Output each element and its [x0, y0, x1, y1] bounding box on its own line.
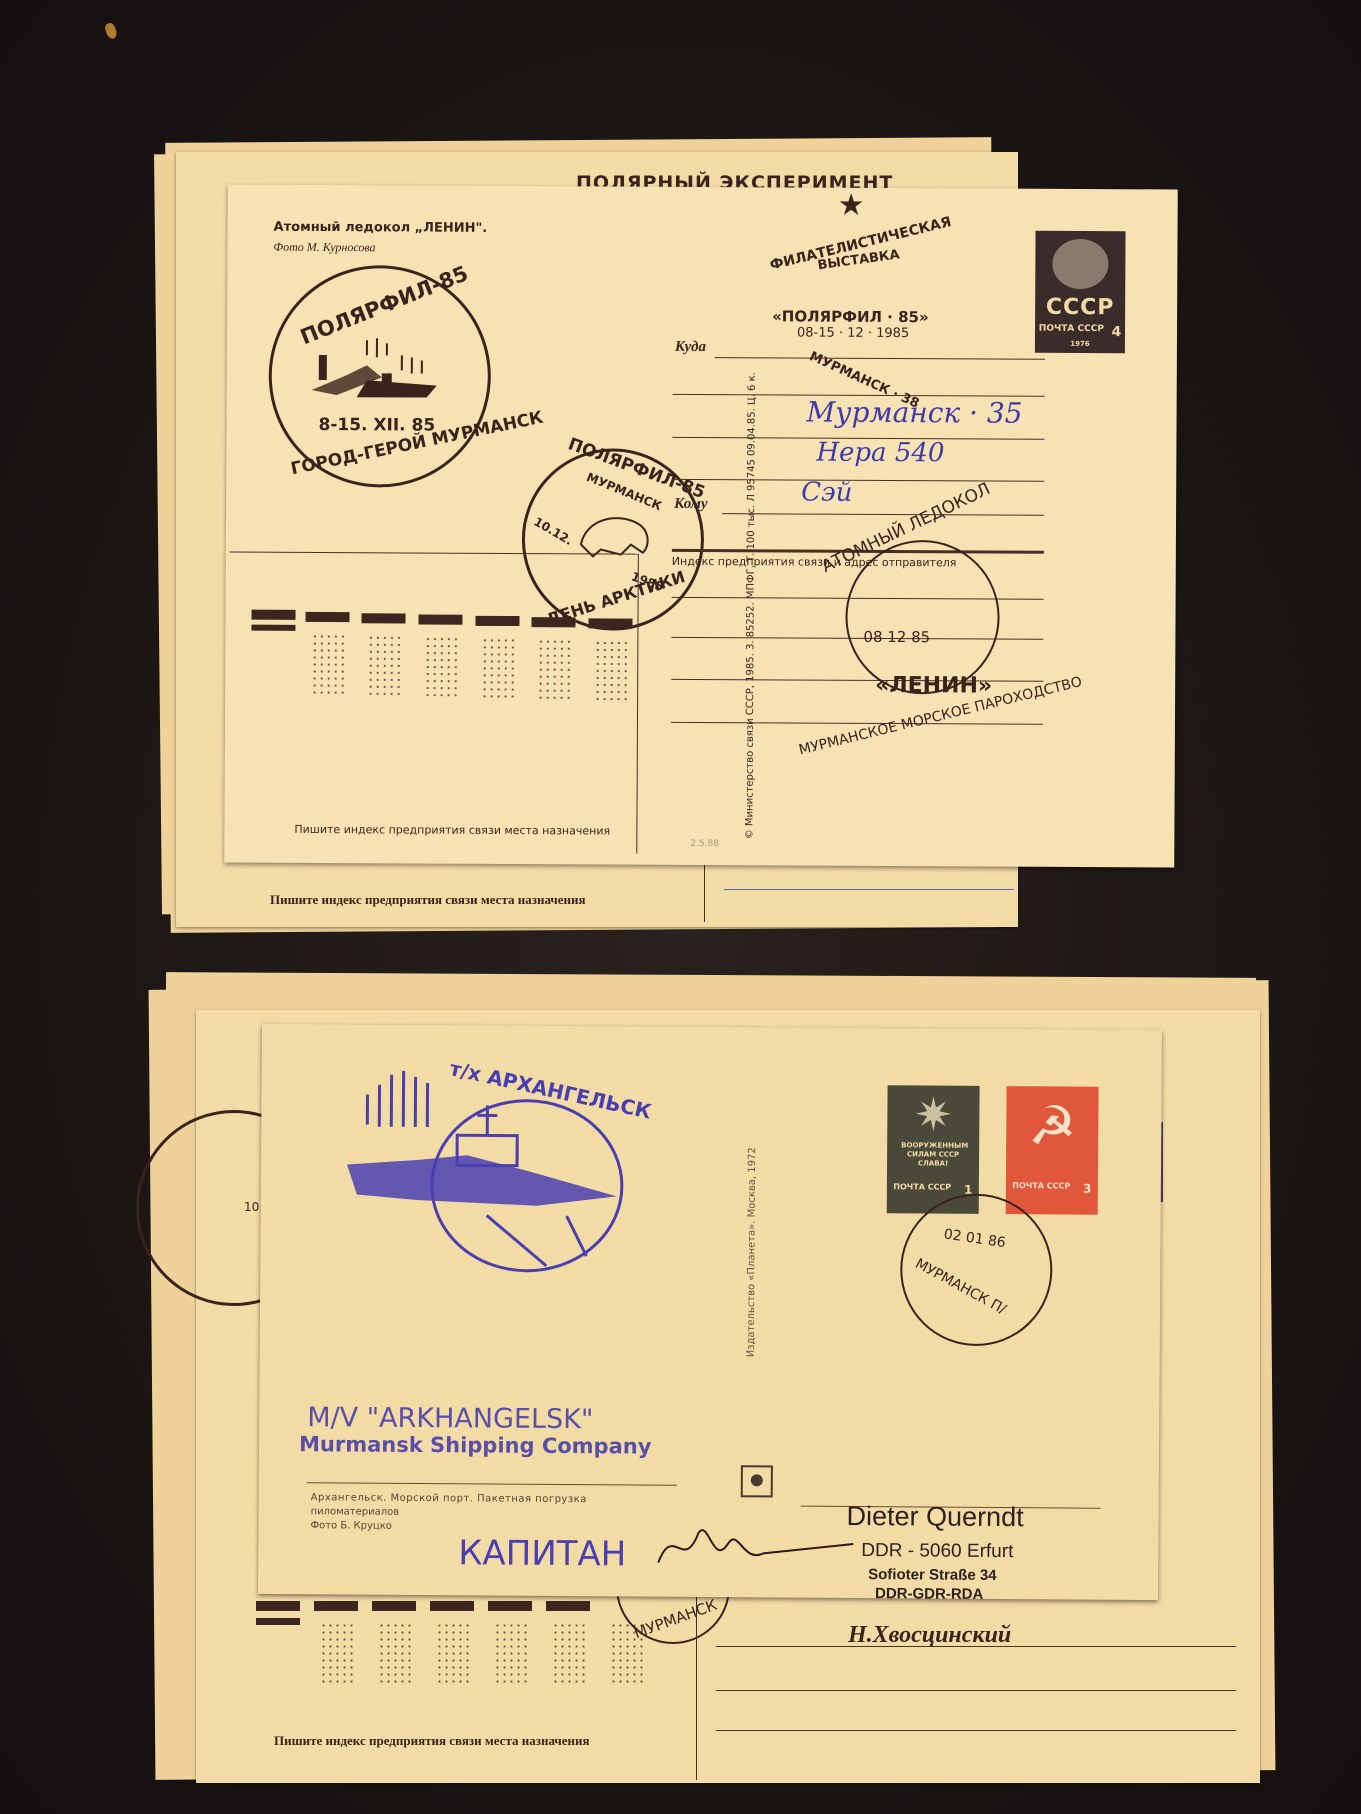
- exhibition-postmark-date: 08-15 · 12 · 1985: [797, 326, 909, 342]
- icebreaker-illustration-icon: [307, 335, 447, 416]
- hammer-sickle-icon: ☭: [1006, 1094, 1098, 1158]
- handwritten-address-line-2: Нера 540: [816, 438, 944, 469]
- recipient-city: DDR - 5060 Erfurt: [861, 1540, 1013, 1563]
- exhibition-postmark-line3: «ПОЛЯРФИЛ · 85»: [772, 307, 929, 326]
- lower-address-line-1: [716, 1646, 1236, 1647]
- address-line-5: [722, 513, 1044, 516]
- lower-back-divider: [696, 1590, 697, 1780]
- captain-stamp: КАПИТАН: [458, 1533, 626, 1574]
- to-where-label: Куда: [675, 339, 706, 356]
- ship-stamp-line1: M/V "ARKHANGELSK": [307, 1402, 593, 1435]
- handwritten-address-line-1: Мурманск · 35: [807, 396, 1023, 430]
- back-card-signature: Н.Хвосцинский: [848, 1622, 1011, 1649]
- card-caption-photo: Фото М. Курносова: [273, 240, 375, 256]
- lenin-ship-postmark: [845, 540, 1000, 695]
- address-rule: [724, 889, 1014, 890]
- caption-rule: [307, 1482, 677, 1486]
- caption-line2: пиломатериалов: [311, 1506, 400, 1518]
- imprinted-stamp-label: ПОЧТА СССР: [1039, 324, 1104, 340]
- recipient-country: DDR-GDR-RDA: [875, 1585, 983, 1603]
- worker-kolkhoz-stamp-label: ПОЧТА СССР: [1012, 1181, 1070, 1195]
- worker-kolkhoz-stamp: ☭ ПОЧТА СССР 3: [1006, 1086, 1099, 1215]
- lenin-ship-postmark-name: «ЛЕНИН»: [875, 673, 992, 699]
- card-center-divider: [636, 554, 639, 854]
- publisher-imprint: Издательство «Планета». Москва, 1972: [746, 1147, 758, 1357]
- debris-speck: [104, 22, 119, 40]
- caption-photo: Фото Б. Круцко: [310, 1520, 391, 1532]
- lower-front-card: т/х АРХАНГЕЛЬСК M/V "ARKHANGELSK" Murman…: [258, 1024, 1162, 1600]
- pencil-note: 2.5.88: [690, 839, 719, 849]
- order-star-icon: ✷: [887, 1087, 979, 1142]
- sender-line-4: [671, 722, 1043, 725]
- worker-kolkhoz-stamp-value: 3: [1083, 1182, 1091, 1196]
- recipient-street: Sofioter Straße 34: [868, 1566, 996, 1584]
- armed-forces-stamp-label: ПОЧТА СССР: [893, 1182, 951, 1196]
- imprinted-postage-stamp: СССР ПОЧТА СССР 4 1976: [1035, 231, 1126, 353]
- captain-signature-icon: [653, 1513, 853, 1584]
- upper-front-card: Атомный ледокол „ЛЕНИН". Фото М. Курносо…: [224, 185, 1178, 868]
- lower-back-footer: Пишите индекс предприятия связи места на…: [274, 1733, 590, 1749]
- planeta-logo-icon: [741, 1465, 773, 1497]
- caption-line1: Архангельск. Морской порт. Пакетная погр…: [311, 1492, 587, 1505]
- index-instruction: Пишите индекс предприятия связи места на…: [294, 823, 610, 838]
- ministry-imprint: © Министерство связи СССР, 1985. 3. 8525…: [744, 372, 757, 839]
- back-card-footer: Пишите индекс предприятия связи места на…: [270, 892, 586, 908]
- ussr-coat-of-arms-icon: [1052, 239, 1108, 289]
- recipient-name: Dieter Querndt: [846, 1501, 1023, 1533]
- address-line-1: [715, 357, 1045, 360]
- polar-bear-icon: [571, 504, 661, 564]
- imprinted-stamp-year: 1976: [1035, 340, 1125, 348]
- ship-stamp-line2: Murmansk Shipping Company: [299, 1432, 652, 1458]
- lenin-ship-postmark-date: 08 12 85: [863, 628, 930, 646]
- star-icon: ★: [838, 188, 865, 223]
- imprinted-stamp-country: СССР: [1035, 295, 1125, 320]
- armed-forces-stamp-inscription: ВООРУЖЕННЫМ СИЛАМ СССР СЛАВА!: [887, 1141, 979, 1169]
- card-caption-title: Атомный ледокол „ЛЕНИН".: [274, 220, 488, 236]
- lower-address-line-2: [716, 1690, 1236, 1691]
- address-line-4: [672, 479, 1044, 482]
- imprinted-stamp-value: 4: [1111, 324, 1121, 340]
- lower-address-line-3: [716, 1730, 1236, 1731]
- to-whom-label: Кому: [674, 496, 708, 513]
- handwritten-address-line-3: Сэй: [801, 478, 852, 508]
